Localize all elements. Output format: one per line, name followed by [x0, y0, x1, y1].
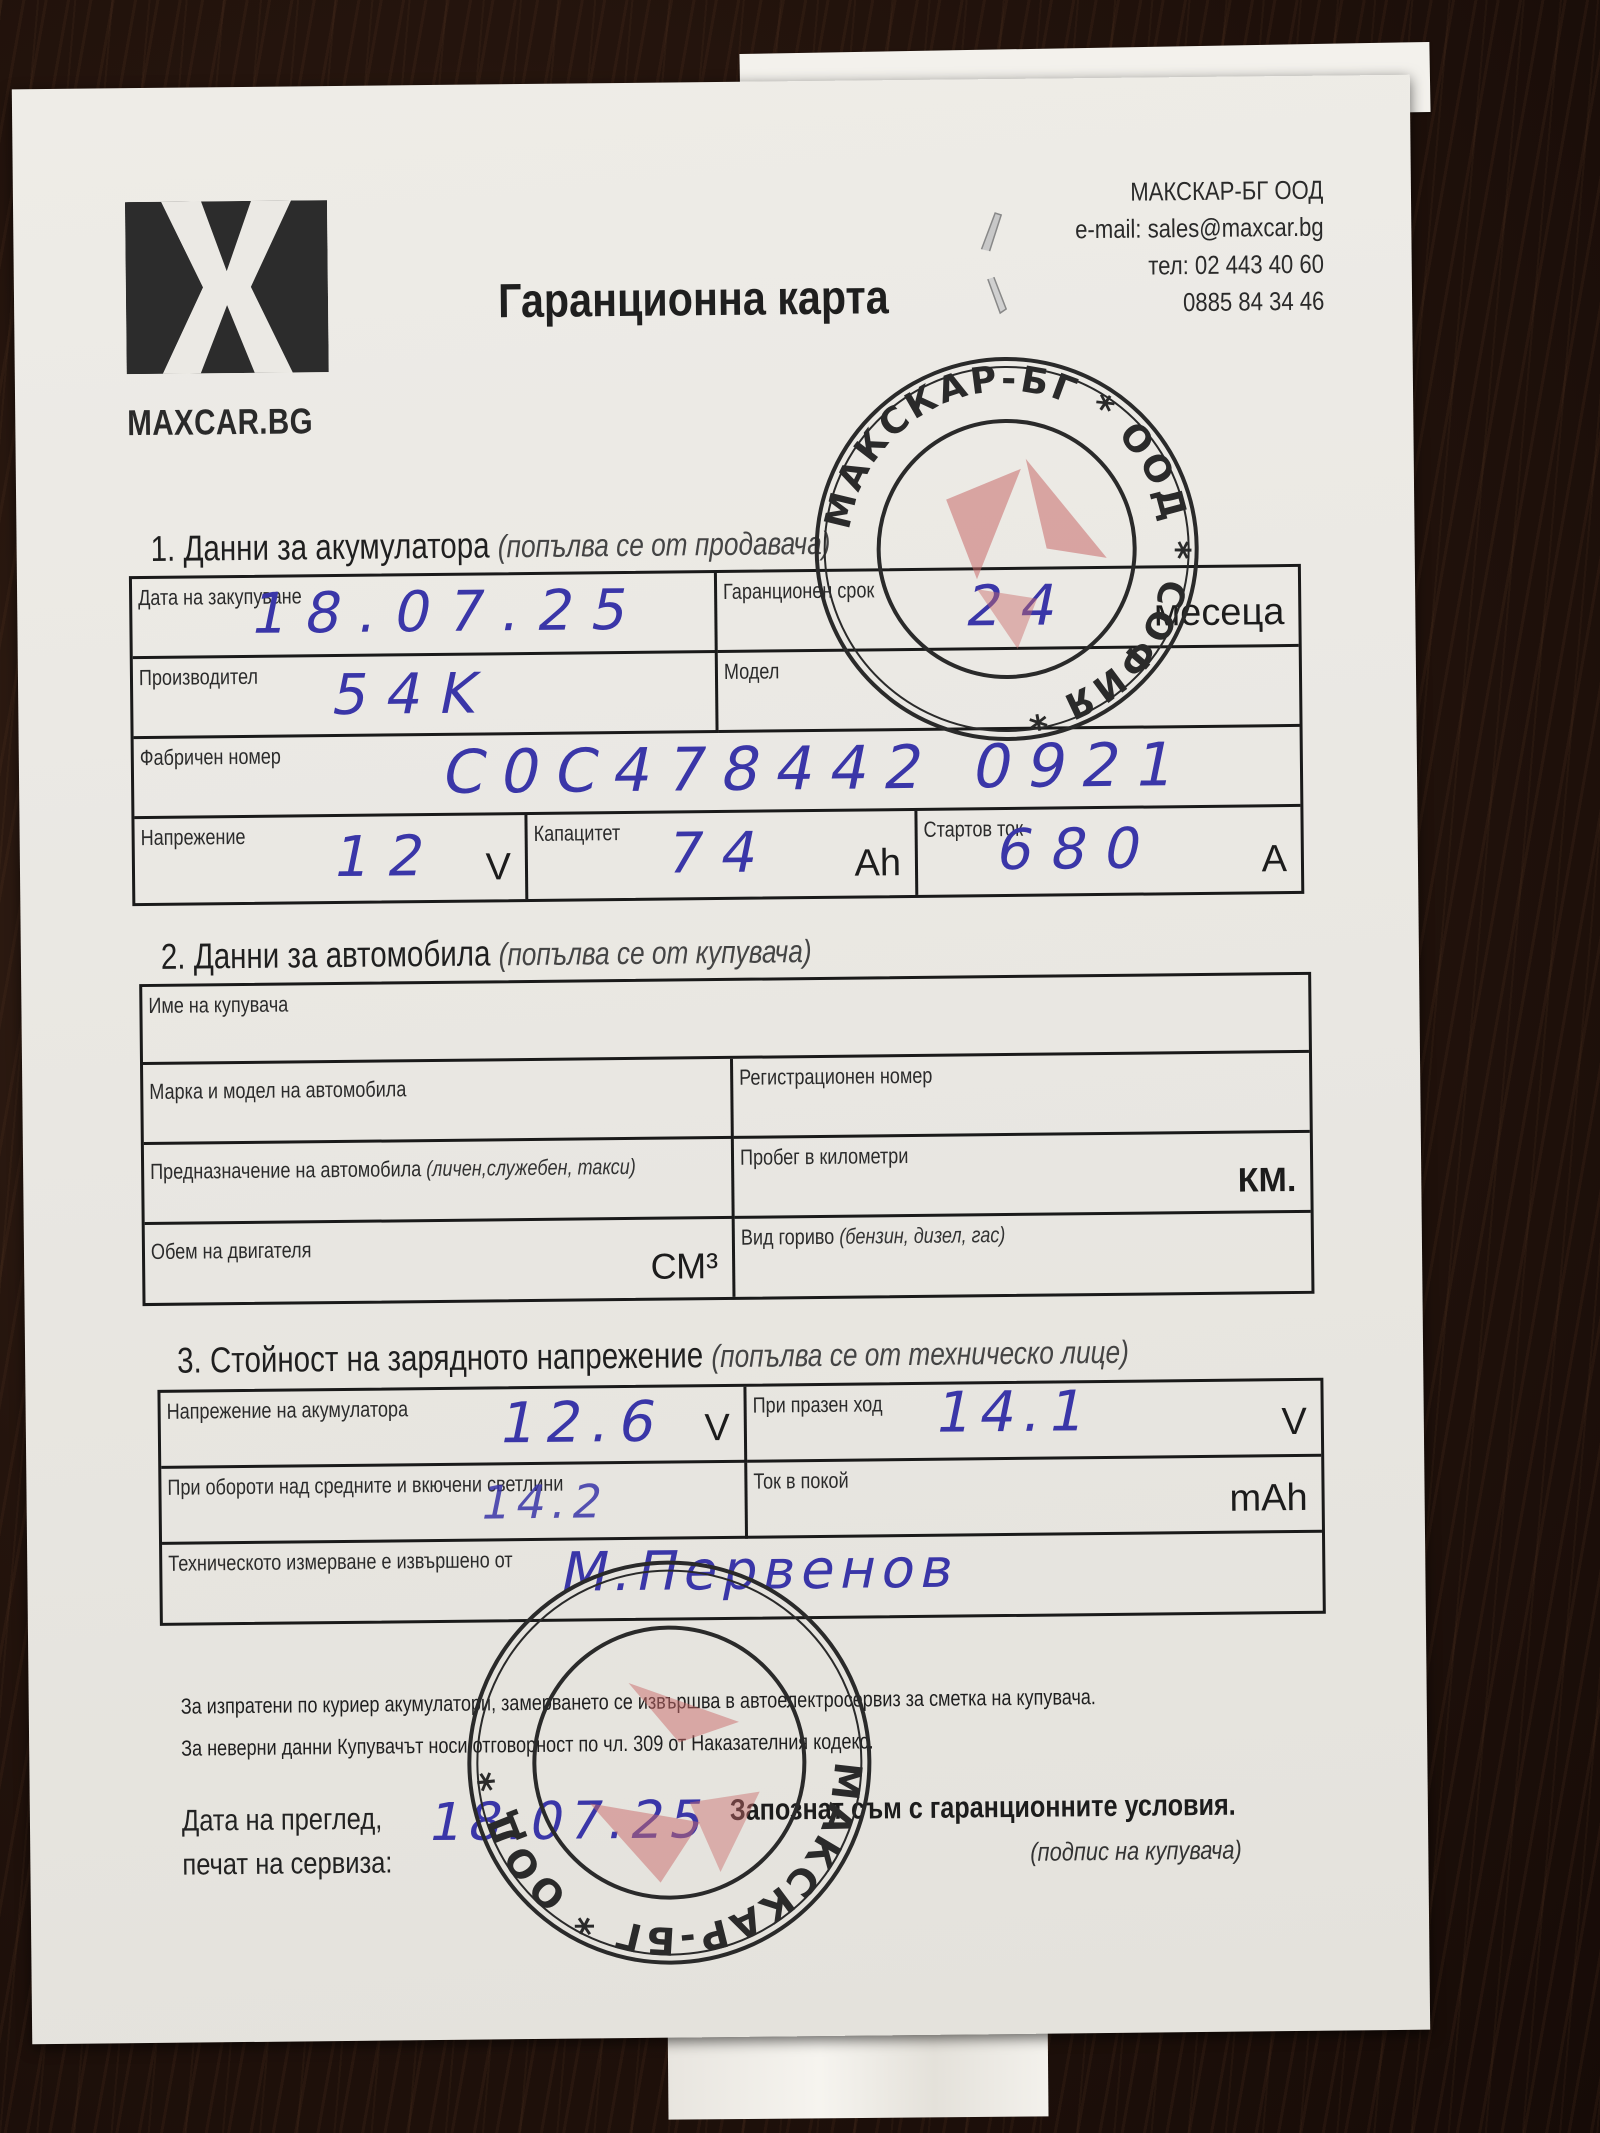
- purchase-date-value: 18.07.25: [246, 578, 652, 647]
- registration-number-field[interactable]: Регистрационен номер: [733, 1053, 1310, 1139]
- voltage-label: Напрежение: [141, 824, 246, 851]
- mileage-label: Пробег в километри: [740, 1143, 909, 1171]
- idle-voltage-field[interactable]: При празен ход 14.1 V: [746, 1381, 1321, 1463]
- company-email: e-mail: sales@maxcar.bg: [1075, 209, 1324, 249]
- vehicle-purpose-label-text: Предназначение на автомобила: [150, 1156, 421, 1184]
- make-model-field[interactable]: Марка и модел на автомобила: [143, 1059, 734, 1145]
- quiescent-current-field[interactable]: Ток в покой mAh: [747, 1457, 1322, 1539]
- model-label: Модел: [724, 658, 780, 685]
- capacity-value: 74: [661, 820, 781, 886]
- voltage-field[interactable]: Напрежение 12 V: [134, 815, 528, 903]
- warranty-period-value: 24: [961, 573, 1081, 639]
- warranty-period-field[interactable]: Гаранционен срок 24 месеца: [717, 567, 1299, 653]
- battery-data-table: Дата на закупуване 18.07.25 Гаранционен …: [129, 564, 1304, 906]
- company-phone: тел: 02 443 40 60: [1075, 246, 1324, 286]
- maxcar-logo-icon: [125, 200, 329, 374]
- acknowledgement-text: Запознат съм с гаранционните условия.: [730, 1789, 1236, 1828]
- section-1-heading: 1. Данни за акумулатора: [150, 524, 489, 569]
- cranking-current-field[interactable]: Стартов ток 680 A: [917, 807, 1301, 895]
- vehicle-data-table: Име на купувача Марка и модел на автомоб…: [139, 972, 1314, 1306]
- mileage-field[interactable]: Пробег в километри КМ.: [734, 1133, 1311, 1219]
- serial-number-value: C0C478442 0921: [437, 730, 1198, 808]
- serial-number-label: Фабричен номер: [140, 744, 281, 771]
- warranty-period-label: Гаранционен срок: [723, 577, 874, 605]
- warranty-card: MAXCAR.BG Гаранционна карта МАКСКАР-БГ О…: [12, 75, 1430, 2045]
- registration-number-label: Регистрационен номер: [739, 1063, 932, 1091]
- mileage-unit: КМ.: [1238, 1161, 1297, 1201]
- cranking-current-value: 680: [991, 816, 1165, 883]
- technician-field[interactable]: Техническото измерване е извършено от М.…: [162, 1533, 1323, 1623]
- company-mobile: 0885 84 34 46: [1075, 283, 1324, 323]
- engine-volume-field[interactable]: Обем на двигателя СМ³: [145, 1219, 736, 1303]
- voltage-unit: V: [485, 846, 511, 889]
- document-title: Гаранционна карта: [498, 270, 889, 329]
- vehicle-purpose-hint: (личен,служебен, такси): [426, 1154, 636, 1181]
- technician-signature: М.Первенов: [556, 1536, 966, 1603]
- capacity-label: Капацитет: [533, 820, 620, 847]
- battery-voltage-value: 12.6: [494, 1390, 672, 1457]
- section-2-title: 2. Данни за автомобила (попълва се от ку…: [161, 929, 812, 978]
- engine-volume-label: Обем на двигателя: [151, 1237, 312, 1265]
- section-2-heading: 2. Данни за автомобила: [161, 932, 491, 976]
- service-stamp-label: печат на сервиза:: [182, 1841, 392, 1887]
- liability-note: За неверни данни Купувачът носи отговорн…: [181, 1728, 874, 1761]
- staple-icon: [973, 209, 1014, 319]
- section-1-title: 1. Данни за акумулатора (попълва се от п…: [150, 521, 830, 570]
- engine-volume-unit: СМ³: [650, 1245, 718, 1288]
- fuel-type-label-text: Вид гориво: [741, 1224, 835, 1250]
- section-3-note: (попълва се от техническо лице): [711, 1334, 1129, 1374]
- fuel-type-label: Вид гориво (бензин, дизел, гас): [741, 1222, 1006, 1251]
- manufacturer-value: 54K: [327, 661, 502, 728]
- technician-label: Техническото измерване е извършено от: [168, 1547, 513, 1577]
- high-rpm-voltage-value: 14.2: [476, 1474, 613, 1529]
- idle-voltage-label: При празен ход: [752, 1391, 882, 1418]
- charging-voltage-table: Напрежение на акумулатора 12.6 V При пра…: [157, 1378, 1325, 1626]
- battery-voltage-field[interactable]: Напрежение на акумулатора 12.6 V: [160, 1387, 747, 1469]
- manufacturer-label: Производител: [139, 664, 258, 691]
- capacity-field[interactable]: Капацитет 74 Ah: [527, 811, 918, 899]
- make-model-label: Марка и модел на автомобила: [149, 1076, 406, 1105]
- manufacturer-field[interactable]: Производител 54K: [133, 653, 719, 739]
- section-3-title: 3. Стойност на зарядното напрежение (поп…: [177, 1330, 1129, 1382]
- buyer-signature-field[interactable]: (подпис на купувача): [1030, 1835, 1242, 1868]
- model-field[interactable]: Модел: [718, 647, 1300, 733]
- review-date-value: 18.07.25: [424, 1790, 716, 1853]
- company-info: МАКСКАР-БГ ООД e-mail: sales@maxcar.bg т…: [1030, 172, 1324, 323]
- logo-text: MAXCAR.BG: [127, 400, 313, 444]
- voltage-value: 12: [328, 824, 448, 890]
- courier-note: За изпратени по куриер акумулатори, заме…: [181, 1684, 1096, 1720]
- idle-voltage-value: 14.1: [930, 1379, 1100, 1446]
- quiescent-current-label: Ток в покой: [753, 1468, 848, 1495]
- warranty-period-unit: месеца: [1154, 591, 1285, 635]
- capacity-unit: Ah: [854, 842, 901, 885]
- high-rpm-voltage-field[interactable]: При обороти над средните и вкючени светл…: [161, 1463, 748, 1545]
- battery-voltage-label: Напрежение на акумулатора: [167, 1396, 409, 1425]
- review-date-label: Дата на преглед,: [182, 1797, 392, 1843]
- purchase-date-field[interactable]: Дата на закупуване 18.07.25: [132, 573, 718, 659]
- serial-number-field[interactable]: Фабричен номер C0C478442 0921: [134, 727, 1301, 819]
- cranking-current-unit: A: [1261, 838, 1287, 881]
- vehicle-purpose-label: Предназначение на автомобила (личен,служ…: [150, 1154, 636, 1185]
- section-1-note: (попълва се от продавача): [498, 525, 831, 564]
- fuel-type-field[interactable]: Вид гориво (бензин, дизел, гас): [735, 1213, 1312, 1297]
- section-3-heading: 3. Стойност на зарядното напрежение: [177, 1334, 703, 1381]
- quiescent-current-unit: mAh: [1229, 1477, 1308, 1521]
- section-2-note: (попълва се от купувача): [498, 933, 811, 972]
- battery-voltage-unit: V: [704, 1407, 730, 1450]
- vehicle-purpose-field[interactable]: Предназначение на автомобила (личен,служ…: [144, 1139, 735, 1225]
- company-name: МАКСКАР-БГ ООД: [1074, 172, 1323, 212]
- buyer-name-field[interactable]: Име на купувача: [142, 975, 1309, 1065]
- buyer-name-label: Име на купувача: [148, 992, 288, 1019]
- fuel-type-hint: (бензин, дизел, гас): [839, 1222, 1005, 1249]
- review-date-block[interactable]: Дата на преглед, печат на сервиза:: [182, 1797, 393, 1887]
- idle-voltage-unit: V: [1281, 1401, 1307, 1444]
